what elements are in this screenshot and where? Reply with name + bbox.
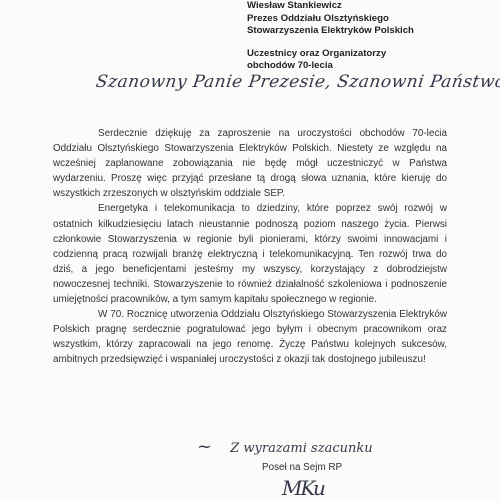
addressee-participants: Uczestnicy oraz Organizatorzy [247, 48, 414, 61]
sender-title: Poseł na Sejm RP [262, 462, 342, 473]
handwritten-signature: MKu [282, 476, 324, 500]
paragraph-1: Serdecznie dziękuję za zaproszenie na ur… [53, 126, 447, 201]
handwritten-closing: ~ Z wyrazami szacunku [197, 436, 373, 457]
closing-text: Z wyrazami szacunku [230, 441, 372, 456]
addressee-event: obchodów 70-lecia [247, 60, 414, 73]
addressee-block: Wiesław Stankiewicz Prezes Oddziału Olsz… [247, 0, 414, 73]
letter-body: Serdecznie dziękuję za zaproszenie na ur… [53, 126, 447, 368]
paragraph-2: Energetyka i telekomunikacja to dziedzin… [53, 201, 447, 307]
handwritten-salutation: Szanowny Panie Prezesie, Szanowni Państw… [95, 72, 500, 92]
addressee-spacer [247, 38, 414, 48]
addressee-name: Wiesław Stankiewicz [247, 0, 414, 13]
addressee-organization: Stowarzyszenia Elektryków Polskich [247, 25, 414, 38]
addressee-position: Prezes Oddziału Olsztyńskiego [247, 13, 414, 26]
closing-flourish: ~ [197, 436, 212, 457]
paragraph-3: W 70. Rocznicę utworzenia Oddziału Olszt… [53, 307, 447, 367]
